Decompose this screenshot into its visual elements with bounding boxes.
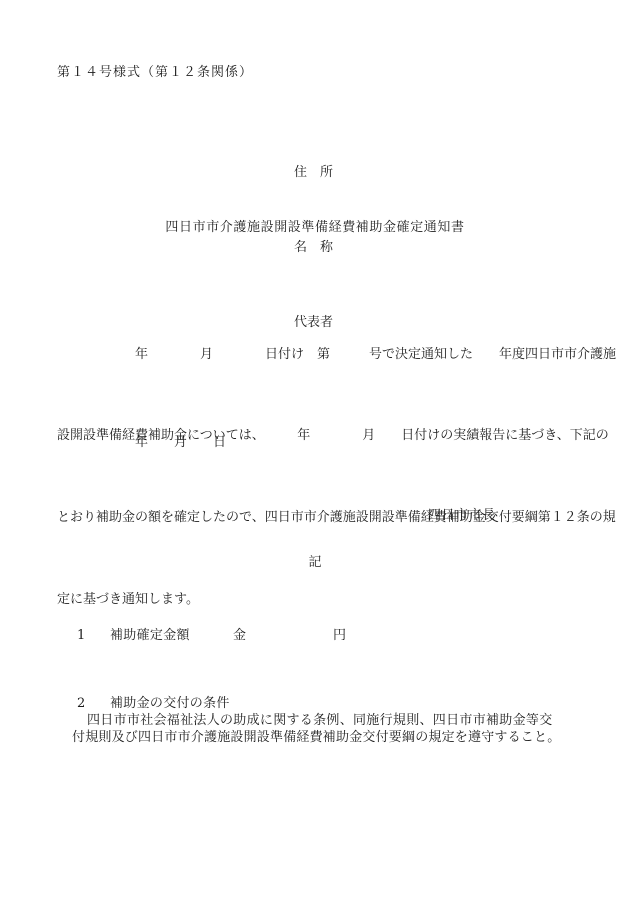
- item-2-block: 2 補助金の交付の条件 四日市市社会福祉法人の助成に関する条例、同施行規則、四日…: [0, 696, 630, 756]
- address-label: 住 所: [294, 160, 333, 185]
- body-line-3: とおり補助金の額を確定したので、四日市市介護施設開設準備経費補助金交付要綱第１２…: [57, 504, 623, 531]
- name-label: 名 称: [294, 235, 333, 260]
- item-1-label: 補助確定金額: [110, 628, 190, 644]
- form-number: 第１４号様式（第１２条関係）: [57, 65, 253, 81]
- body-paragraph: 年 月 日付け 第 号で決定通知した 年度四日市市介護施 設開設準備経費補助金に…: [57, 286, 623, 668]
- item-1-amount-prefix: 金: [233, 628, 246, 644]
- date-line: 年 月 日: [57, 435, 226, 451]
- body-line-1: 年 月 日付け 第 号で決定通知した 年度四日市市介護施: [57, 341, 623, 368]
- item-2-body-line-1: 四日市市社会福祉法人の助成に関する条例、同施行規則、四日市市補助金等交: [87, 713, 553, 729]
- item-1-number: 1: [77, 628, 85, 644]
- document-title: 四日市市介護施設開設準備経費補助金確定通知書: [0, 220, 630, 236]
- item-2-body-line-2: 付規則及び四日市市介護施設開設準備経費補助金交付要綱の規定を遵守すること。: [72, 730, 560, 746]
- document-page: 第１４号様式（第１２条関係） 住 所 名 称 代表者 四日市市介護施設開設準備経…: [0, 0, 630, 903]
- item-2-number: 2: [77, 696, 85, 712]
- body-line-4: 定に基づき通知します。: [57, 586, 623, 613]
- item-1-amount-suffix: 円: [333, 628, 346, 644]
- sender-name: 四日市市長: [428, 508, 496, 524]
- ki-marker: 記: [0, 555, 630, 571]
- item-2-label: 補助金の交付の条件: [110, 696, 230, 712]
- item-1-row: 1 補助確定金額 金 円: [0, 628, 630, 646]
